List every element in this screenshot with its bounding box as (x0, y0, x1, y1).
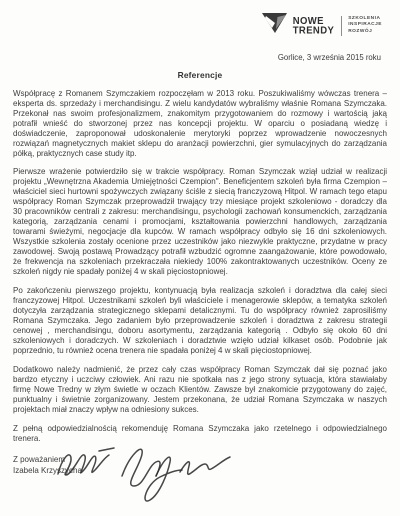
paragraph-2: Pierwsze wrażenie potwierdziło się w tra… (13, 167, 387, 277)
paragraph-3: Po zakończeniu pierwszego projektu, kont… (13, 286, 387, 356)
signatory-name: Izabela Krzyszycha (13, 465, 387, 476)
tagline-line-3: ROZWÓJ (348, 29, 382, 35)
paragraph-4: Dodatkowo należy nadmienić, że przez cał… (13, 365, 387, 415)
paragraph-5: Z pełną odpowiedzialnością rekomenduję R… (13, 424, 387, 444)
letterhead: NOWE TRENDY SZKOLENIA INSPIRACJE ROZWÓJ (0, 0, 400, 40)
brand-tagline: SZKOLENIA INSPIRACJE ROZWÓJ (348, 16, 382, 35)
closing-salutation: Z poważaniem (13, 454, 387, 465)
reference-letter-page: NOWE TRENDY SZKOLENIA INSPIRACJE ROZWÓJ … (0, 0, 400, 516)
nowe-trendy-logo: NOWE TRENDY SZKOLENIA INSPIRACJE ROZWÓJ (261, 11, 382, 40)
tagline-line-2: INSPIRACJE (348, 22, 382, 28)
date-line: Gorlice, 3 września 2015 roku (0, 53, 381, 62)
closing-block: Z poważaniem Izabela Krzyszycha (0, 454, 400, 476)
logo-divider (341, 16, 342, 36)
triangle-arrow-logo-icon (261, 11, 288, 40)
brand-line-2: TRENDY (293, 26, 334, 36)
brand-name: NOWE TRENDY (293, 16, 334, 35)
paragraph-1: Współpracę z Romanem Szymczakiem rozpocz… (13, 89, 387, 159)
letter-title: Referencje (0, 70, 400, 80)
letter-body: Współpracę z Romanem Szymczakiem rozpocz… (0, 89, 400, 444)
